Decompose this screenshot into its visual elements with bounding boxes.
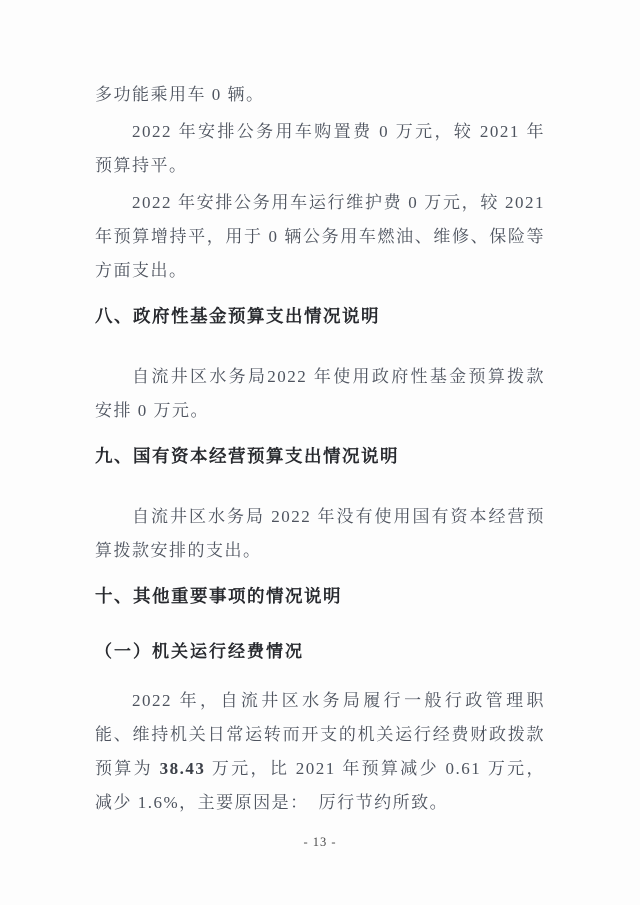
section-heading-10: 十、其他重要事项的情况说明 (95, 584, 545, 608)
paragraph-agency-operating-expense: 2022 年，自流井区水务局履行一般行政管理职能、维持机关日常运转而开支的机关运… (95, 684, 545, 820)
paragraph-gov-fund-budget: 自流井区水务局2022 年使用政府性基金预算拨款安排 0 万元。 (95, 360, 545, 428)
paragraph-continuation: 多功能乘用车 0 辆。 (95, 78, 545, 112)
section-heading-8: 八、政府性基金预算支出情况说明 (95, 304, 545, 328)
paragraph-vehicle-purchase: 2022 年安排公务用车购置费 0 万元，较 2021 年预算持平。 (95, 115, 545, 183)
content-area: 多功能乘用车 0 辆。 2022 年安排公务用车购置费 0 万元，较 2021 … (95, 78, 545, 823)
amount-highlight: 38.43 (160, 759, 206, 778)
paragraph-state-capital-budget: 自流井区水务局 2022 年没有使用国有资本经营预算拨款安排的支出。 (95, 500, 545, 568)
document-page: 多功能乘用车 0 辆。 2022 年安排公务用车购置费 0 万元，较 2021 … (0, 0, 640, 905)
subsection-heading-1: （一）机关运行经费情况 (95, 640, 545, 664)
page-number: - 13 - (0, 835, 640, 850)
paragraph-vehicle-maintenance: 2022 年安排公务用车运行维护费 0 万元，较 2021 年预算增持平，用于 … (95, 186, 545, 288)
section-heading-9: 九、国有资本经营预算支出情况说明 (95, 444, 545, 468)
